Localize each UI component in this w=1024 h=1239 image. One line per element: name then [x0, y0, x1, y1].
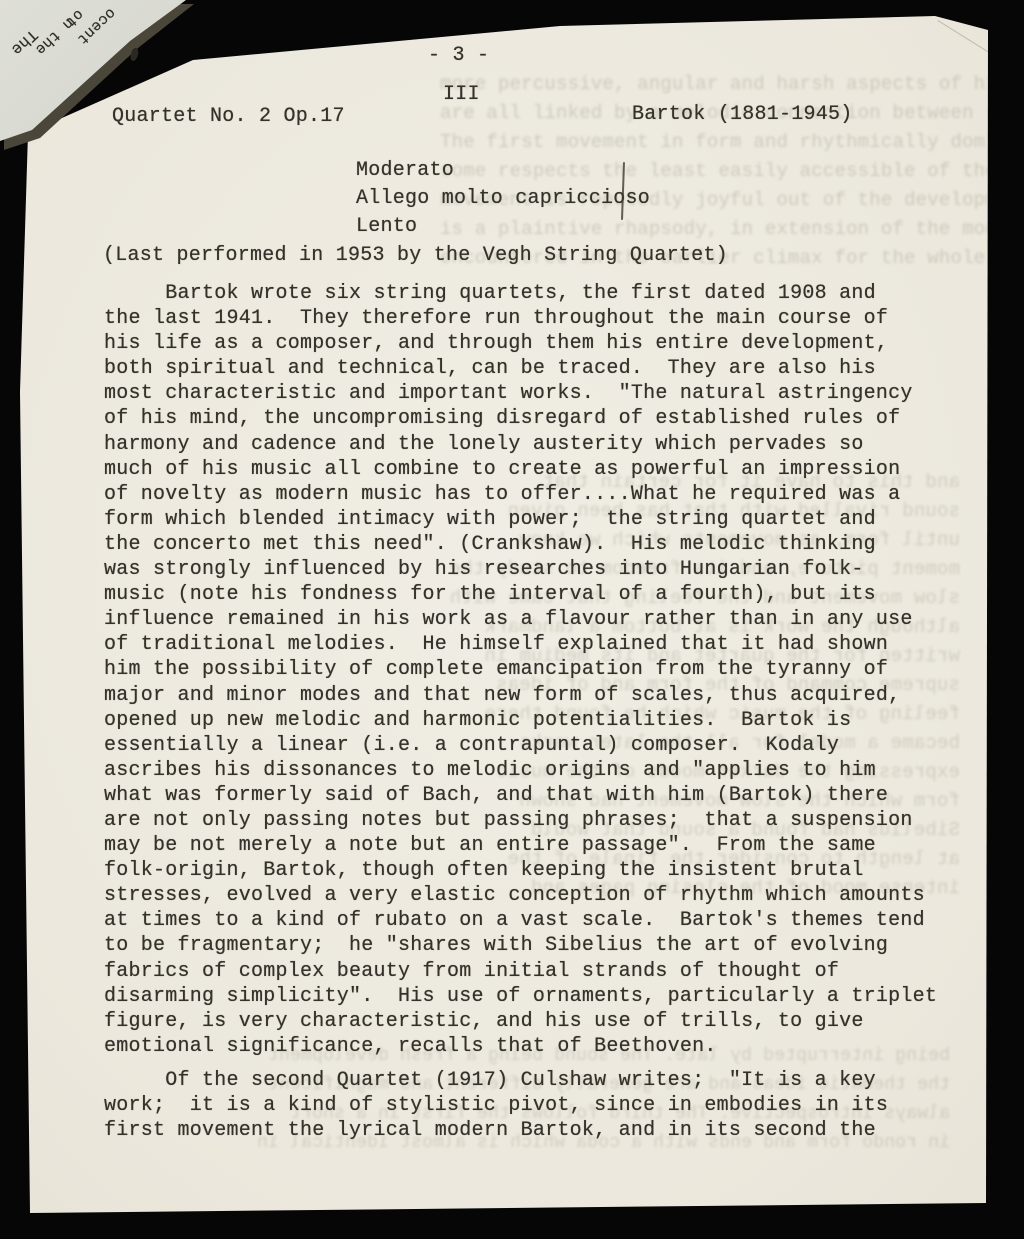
- movement-line: Lento: [356, 213, 650, 241]
- text-line: the last 1941. They therefore run throug…: [104, 306, 937, 331]
- text-line: Bartok wrote six string quartets, the fi…: [104, 281, 937, 306]
- text-line: influence remained in his work as a flav…: [104, 607, 937, 632]
- text-line: form which blended intimacy with power; …: [104, 507, 937, 532]
- text-line: major and minor modes and that new form …: [104, 683, 937, 708]
- movements-list: ModeratoAllego molto capricciosoLento: [356, 157, 650, 242]
- text-line: both spiritual and technical, can be tra…: [104, 356, 937, 381]
- text-line: may be not merely a note but an entire p…: [104, 833, 937, 858]
- paragraph-2: Of the second Quartet (1917) Culshaw wri…: [104, 1068, 888, 1143]
- corner-crease: [937, 20, 997, 58]
- paragraph-1: Bartok wrote six string quartets, the fi…: [104, 281, 937, 1059]
- text-line: to be fragmentary; he "shares with Sibel…: [104, 933, 937, 958]
- text-line: are not only passing notes but passing p…: [104, 808, 937, 833]
- text-line: what was formerly said of Bach, and that…: [104, 783, 937, 808]
- text-line: essentially a linear (i.e. a contrapunta…: [104, 733, 937, 758]
- text-line: of his mind, the uncompromising disregar…: [104, 406, 937, 431]
- text-line: of traditional melodies. He himself expl…: [104, 632, 937, 657]
- text-line: ascribes his dissonances to melodic orig…: [104, 758, 937, 783]
- movement-line: Moderato: [356, 157, 650, 185]
- text-line: the concerto met this need". (Crankshaw)…: [104, 532, 937, 557]
- text-line: stresses, evolved a very elastic concept…: [104, 883, 937, 908]
- text-line: Of the second Quartet (1917) Culshaw wri…: [104, 1068, 888, 1093]
- text-line: harmony and cadence and the lonely auste…: [104, 432, 937, 457]
- text-line: disarming simplicity". His use of orname…: [104, 984, 937, 1009]
- text-line: his life as a composer, and through them…: [104, 331, 937, 356]
- text-line: was strongly influenced by his researche…: [104, 557, 937, 582]
- document-page: more percussive, angular and harsh aspec…: [0, 0, 1024, 1239]
- text-line: work; it is a kind of stylistic pivot, s…: [104, 1093, 888, 1118]
- text-line: at times to a kind of rubato on a vast s…: [104, 908, 937, 933]
- text-line: fabrics of complex beauty from initial s…: [104, 959, 937, 984]
- text-line: of novelty as modern music has to offer.…: [104, 482, 937, 507]
- text-line: much of his music all combine to create …: [104, 457, 937, 482]
- performance-note: (Last performed in 1953 by the Vegh Stri…: [103, 244, 728, 267]
- text-line: emotional significance, recalls that of …: [104, 1034, 937, 1059]
- movement-line: Allego molto capriccioso: [356, 185, 650, 213]
- text-line: him the possibility of complete emancipa…: [104, 657, 937, 682]
- work-title: Quartet No. 2 Op.17: [112, 105, 345, 128]
- composer-dates: Bartok (1881-1945): [632, 103, 853, 126]
- section-numeral: III: [443, 83, 480, 106]
- page-number: - 3 -: [428, 44, 489, 67]
- ghost-line: The first movement in form and rhythmica…: [440, 128, 1024, 157]
- ghost-line: more percussive, angular and harsh aspec…: [440, 70, 1024, 99]
- text-line: opened up new melodic and harmonic poten…: [104, 708, 937, 733]
- text-line: music (note his fondness for the interva…: [104, 582, 937, 607]
- text-line: figure, is very characteristic, and his …: [104, 1009, 937, 1034]
- text-line: first movement the lyrical modern Bartok…: [104, 1118, 888, 1143]
- scan-background: more percussive, angular and harsh aspec…: [0, 0, 1024, 1239]
- text-line: folk-origin, Bartok, though often keepin…: [104, 858, 937, 883]
- text-line: most characteristic and important works.…: [104, 381, 937, 406]
